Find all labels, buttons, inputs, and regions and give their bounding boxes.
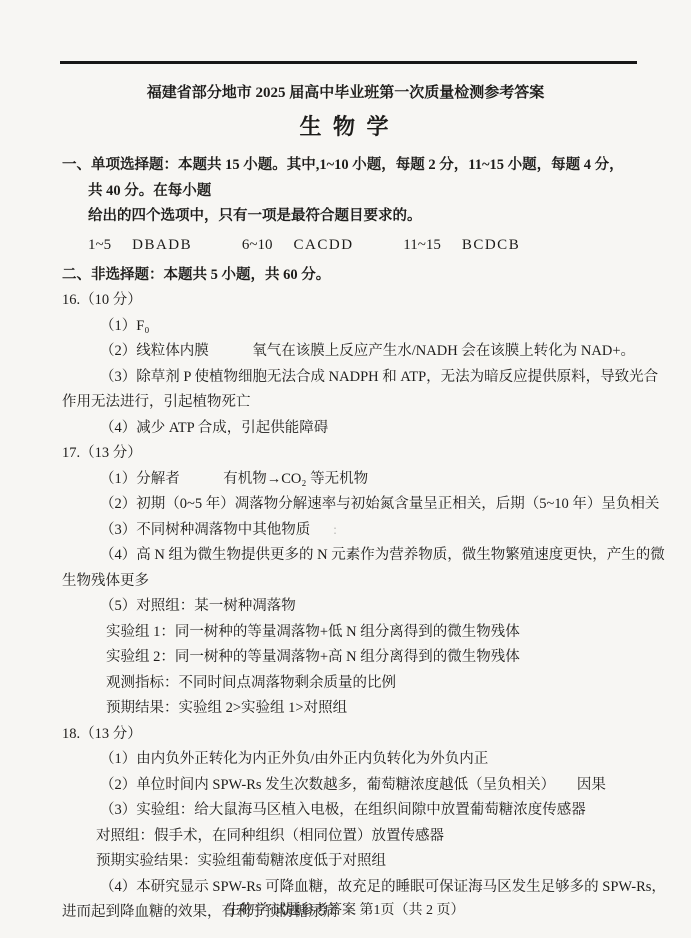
section-choice-heading: 一、单项选择题：本题共 15 小题。其中,1~10 小题，每题 2 分，11~1… <box>62 153 637 230</box>
answer-group-11-15: 11~15BCDCB <box>403 237 520 253</box>
observation-index-line: 观测指标：不同时间点凋落物剩余质量的比例 <box>62 671 684 697</box>
document-title: 福建省部分地市 2025 届高中毕业班第一次质量检测参考答案 <box>0 84 691 103</box>
answer-range: 1~5 <box>88 234 111 256</box>
experiment-group-2-line: 实验组 2：同一树种的等量凋落物+高 N 组分离得到的微生物残体 <box>62 645 684 671</box>
section-free-heading: 二、非选择题：本题共 5 小题，共 60 分。 <box>62 263 637 289</box>
answer-line-17-3-text: （3）不同树种凋落物中其他物质 <box>100 522 310 538</box>
expected-result-line: 预期结果：实验组 2>实验组 1>对照组 <box>62 696 684 722</box>
section-free-intro: 本题共 5 小题，共 60 分。 <box>164 267 331 283</box>
answer-line-16-3: （3）除草剂 P 使植物细胞无法合成 NADPH 和 ATP，无法为暗反应提供原… <box>62 365 684 416</box>
answer-content: 一、单项选择题：本题共 15 小题。其中,1~10 小题，每题 2 分，11~1… <box>62 153 684 926</box>
answer-line-16-1: （1）F₀ <box>62 314 684 340</box>
answer-line-16-2: （2）线粒体内膜 氧气在该膜上反应产生水/NADH 会在该膜上转化为 NAD+。 <box>62 339 684 365</box>
answer-line-18-1: （1）由内负外正转化为内正外负/由外正内负转化为外负内正 <box>62 747 684 773</box>
answer-line-18-3: （3）实验组：给大鼠海马区植入电极，在组织间隙中放置葡萄糖浓度传感器 <box>62 798 684 824</box>
multiple-choice-answer-row: 1~5DBADB 6~10CACDD 11~15BCDCB <box>62 234 684 256</box>
page-footer: 生物学 试题参考答案 第1页（共 2 页） <box>0 901 691 921</box>
header-divider-rule <box>60 61 637 64</box>
exam-answer-page: 福建省部分地市 2025 届高中毕业班第一次质量检测参考答案 生 物 学 一、单… <box>0 0 691 938</box>
question-17-number: 17.（13 分） <box>62 441 684 467</box>
expected-experiment-result-line: 预期实验结果：实验组葡萄糖浓度低于对照组 <box>62 849 684 875</box>
section-choice-label: 一、单项选择题： <box>62 157 178 173</box>
scan-artifact-mark: ： <box>332 523 344 537</box>
answer-letters: BCDCB <box>462 237 520 253</box>
control-group-line: 对照组：假手术，在同种组织（相同位置）放置传感器 <box>62 824 684 850</box>
question-18-number: 18.（13 分） <box>62 722 684 748</box>
answer-letters: DBADB <box>132 237 192 253</box>
experiment-group-1-line: 实验组 1：同一树种的等量凋落物+低 N 组分离得到的微生物残体 <box>62 620 684 646</box>
answer-line-18-2: （2）单位时间内 SPW-Rs 发生次数越多，葡萄糖浓度越低（呈负相关） 因果 <box>62 773 684 799</box>
answer-line-17-3: （3）不同树种凋落物中其他物质： <box>62 518 684 544</box>
answer-group-6-10: 6~10CACDD <box>242 237 354 253</box>
answer-line-17-5: （5）对照组：某一树种凋落物 <box>62 594 684 620</box>
answer-line-17-2: （2）初期（0~5 年）凋落物分解速率与初始氮含量呈正相关，后期（5~10 年）… <box>62 492 684 518</box>
subject-title: 生 物 学 <box>0 112 691 141</box>
answer-line-17-1: （1）分解者 有机物→CO₂ 等无机物 <box>62 467 684 493</box>
answer-line-16-4: （4）减少 ATP 合成，引起供能障碍 <box>62 416 684 442</box>
answer-letters: CACDD <box>294 237 354 253</box>
answer-line-17-4: （4）高 N 组为微生物提供更多的 N 元素作为营养物质，微生物繁殖速度更快，产… <box>62 543 684 594</box>
answer-range: 11~15 <box>403 234 441 256</box>
answer-range: 6~10 <box>242 234 273 256</box>
question-16-number: 16.（10 分） <box>62 288 684 314</box>
section-free-label: 二、非选择题： <box>62 267 164 283</box>
answer-group-1-5: 1~5DBADB <box>88 237 192 253</box>
